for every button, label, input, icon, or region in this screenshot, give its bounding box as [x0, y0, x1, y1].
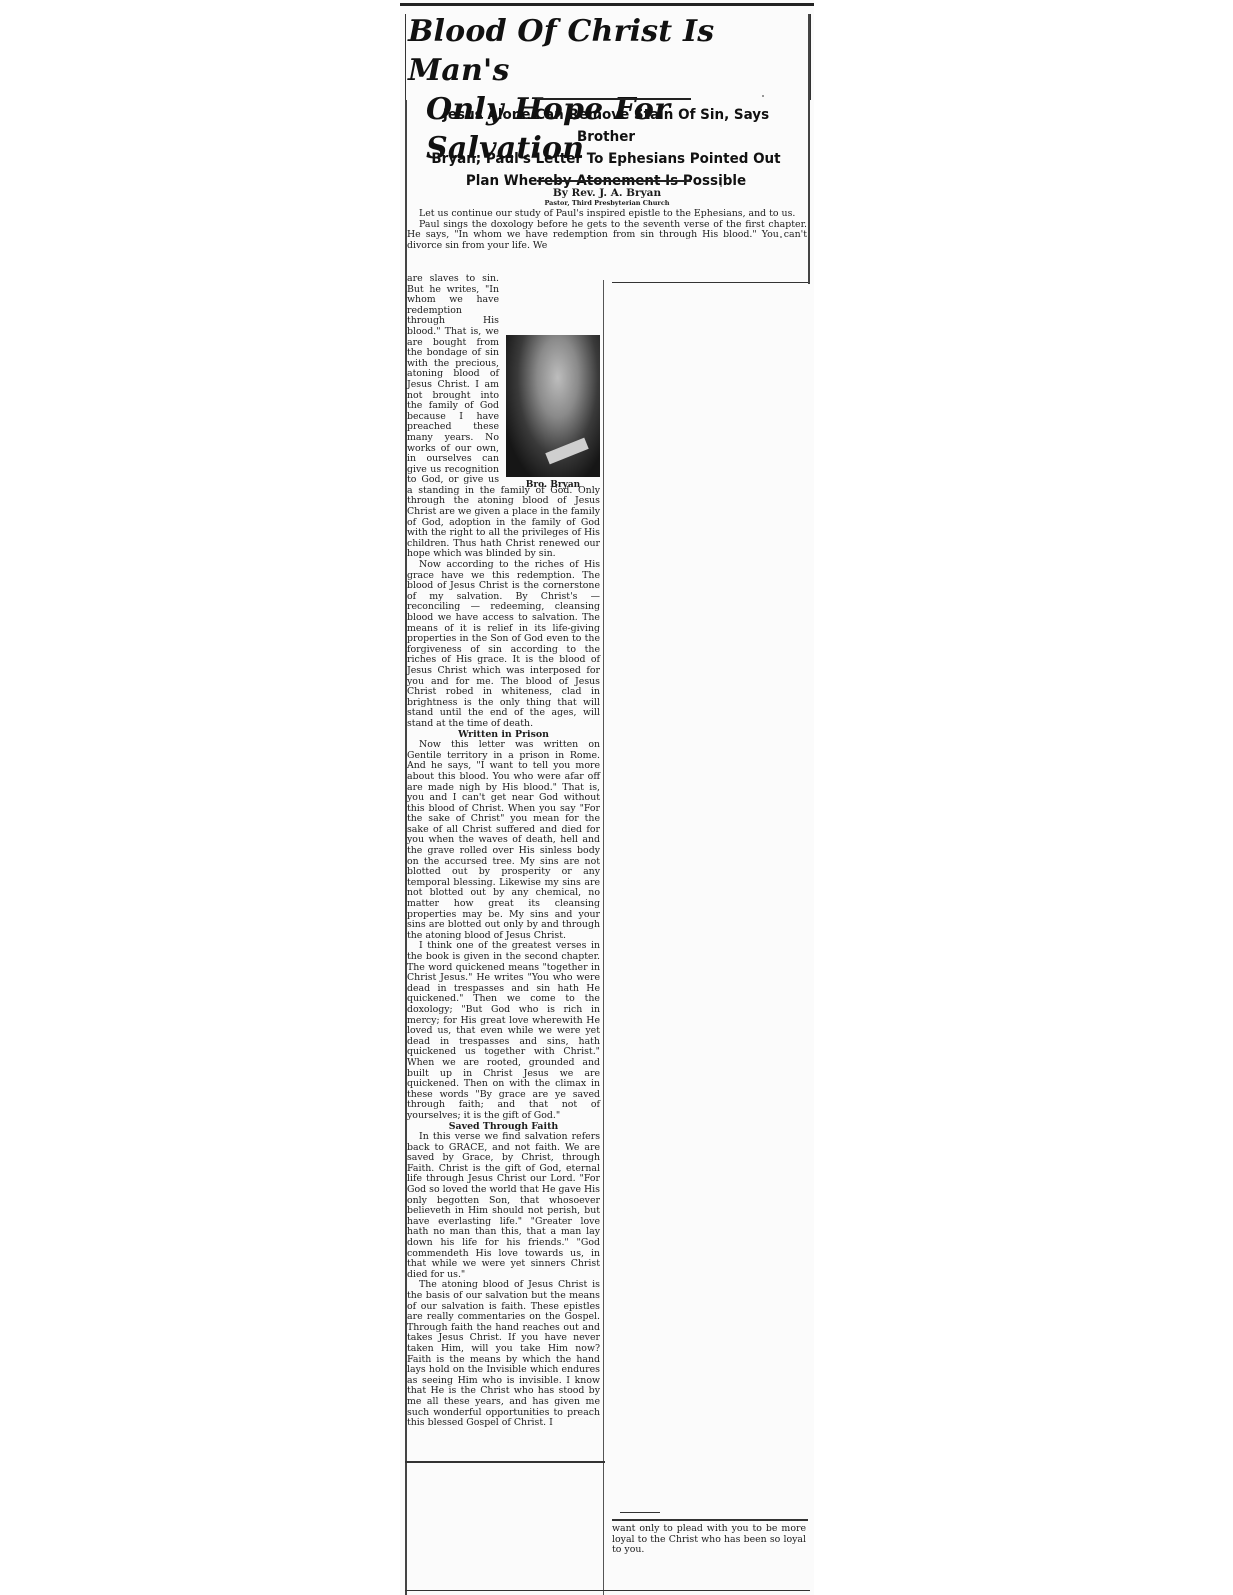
print-speck [762, 95, 764, 97]
headline-line-1: Blood Of Christ Is Man's [408, 12, 808, 90]
column-2-rule [612, 1519, 808, 1521]
print-speck [720, 185, 722, 187]
byline-divider [537, 180, 691, 182]
body-paragraph: Now this letter was written on Gentile t… [407, 740, 600, 941]
author-portrait-photo [506, 335, 600, 477]
deck-line: Jesus Alone Can Remove Stain Of Sin, Say… [418, 104, 794, 148]
body-paragraph: The atoning blood of Jesus Christ is the… [407, 1280, 600, 1428]
print-speck [780, 236, 782, 238]
lead-paragraph: Paul sings the doxology before he gets t… [407, 220, 807, 252]
top-rule [400, 3, 814, 6]
lead-text: Let us continue our study of Paul's insp… [407, 209, 807, 251]
body-paragraph: In this verse we find salvation refers b… [407, 1132, 600, 1280]
subheadline-deck: Jesus Alone Can Remove Stain Of Sin, Say… [418, 104, 794, 192]
column-cut-rule [612, 282, 808, 283]
deck-line: Bryan; Paul's Letter To Ephesians Pointe… [418, 148, 794, 170]
byline-title: Pastor, Third Presbyterian Church [400, 199, 814, 207]
photo-caption: Bro. Bryan [506, 480, 600, 490]
right-border [808, 14, 810, 284]
column-divider [603, 280, 604, 1595]
bottom-rule [405, 1590, 810, 1591]
byline: By Rev. J. A. Bryan [400, 187, 814, 199]
fold-rule [405, 1461, 605, 1463]
lead-paragraph: Let us continue our study of Paul's insp… [407, 209, 807, 220]
body-paragraph: want only to plead with you to be more l… [612, 1524, 806, 1556]
headline-divider [537, 98, 691, 100]
column-2-dash [620, 1512, 660, 1513]
body-paragraph: Now according to the riches of His grace… [407, 560, 600, 730]
body-paragraph: I think one of the greatest verses in th… [407, 941, 600, 1121]
photo-collar [545, 438, 588, 465]
column-2-text: want only to plead with you to be more l… [612, 1524, 806, 1556]
